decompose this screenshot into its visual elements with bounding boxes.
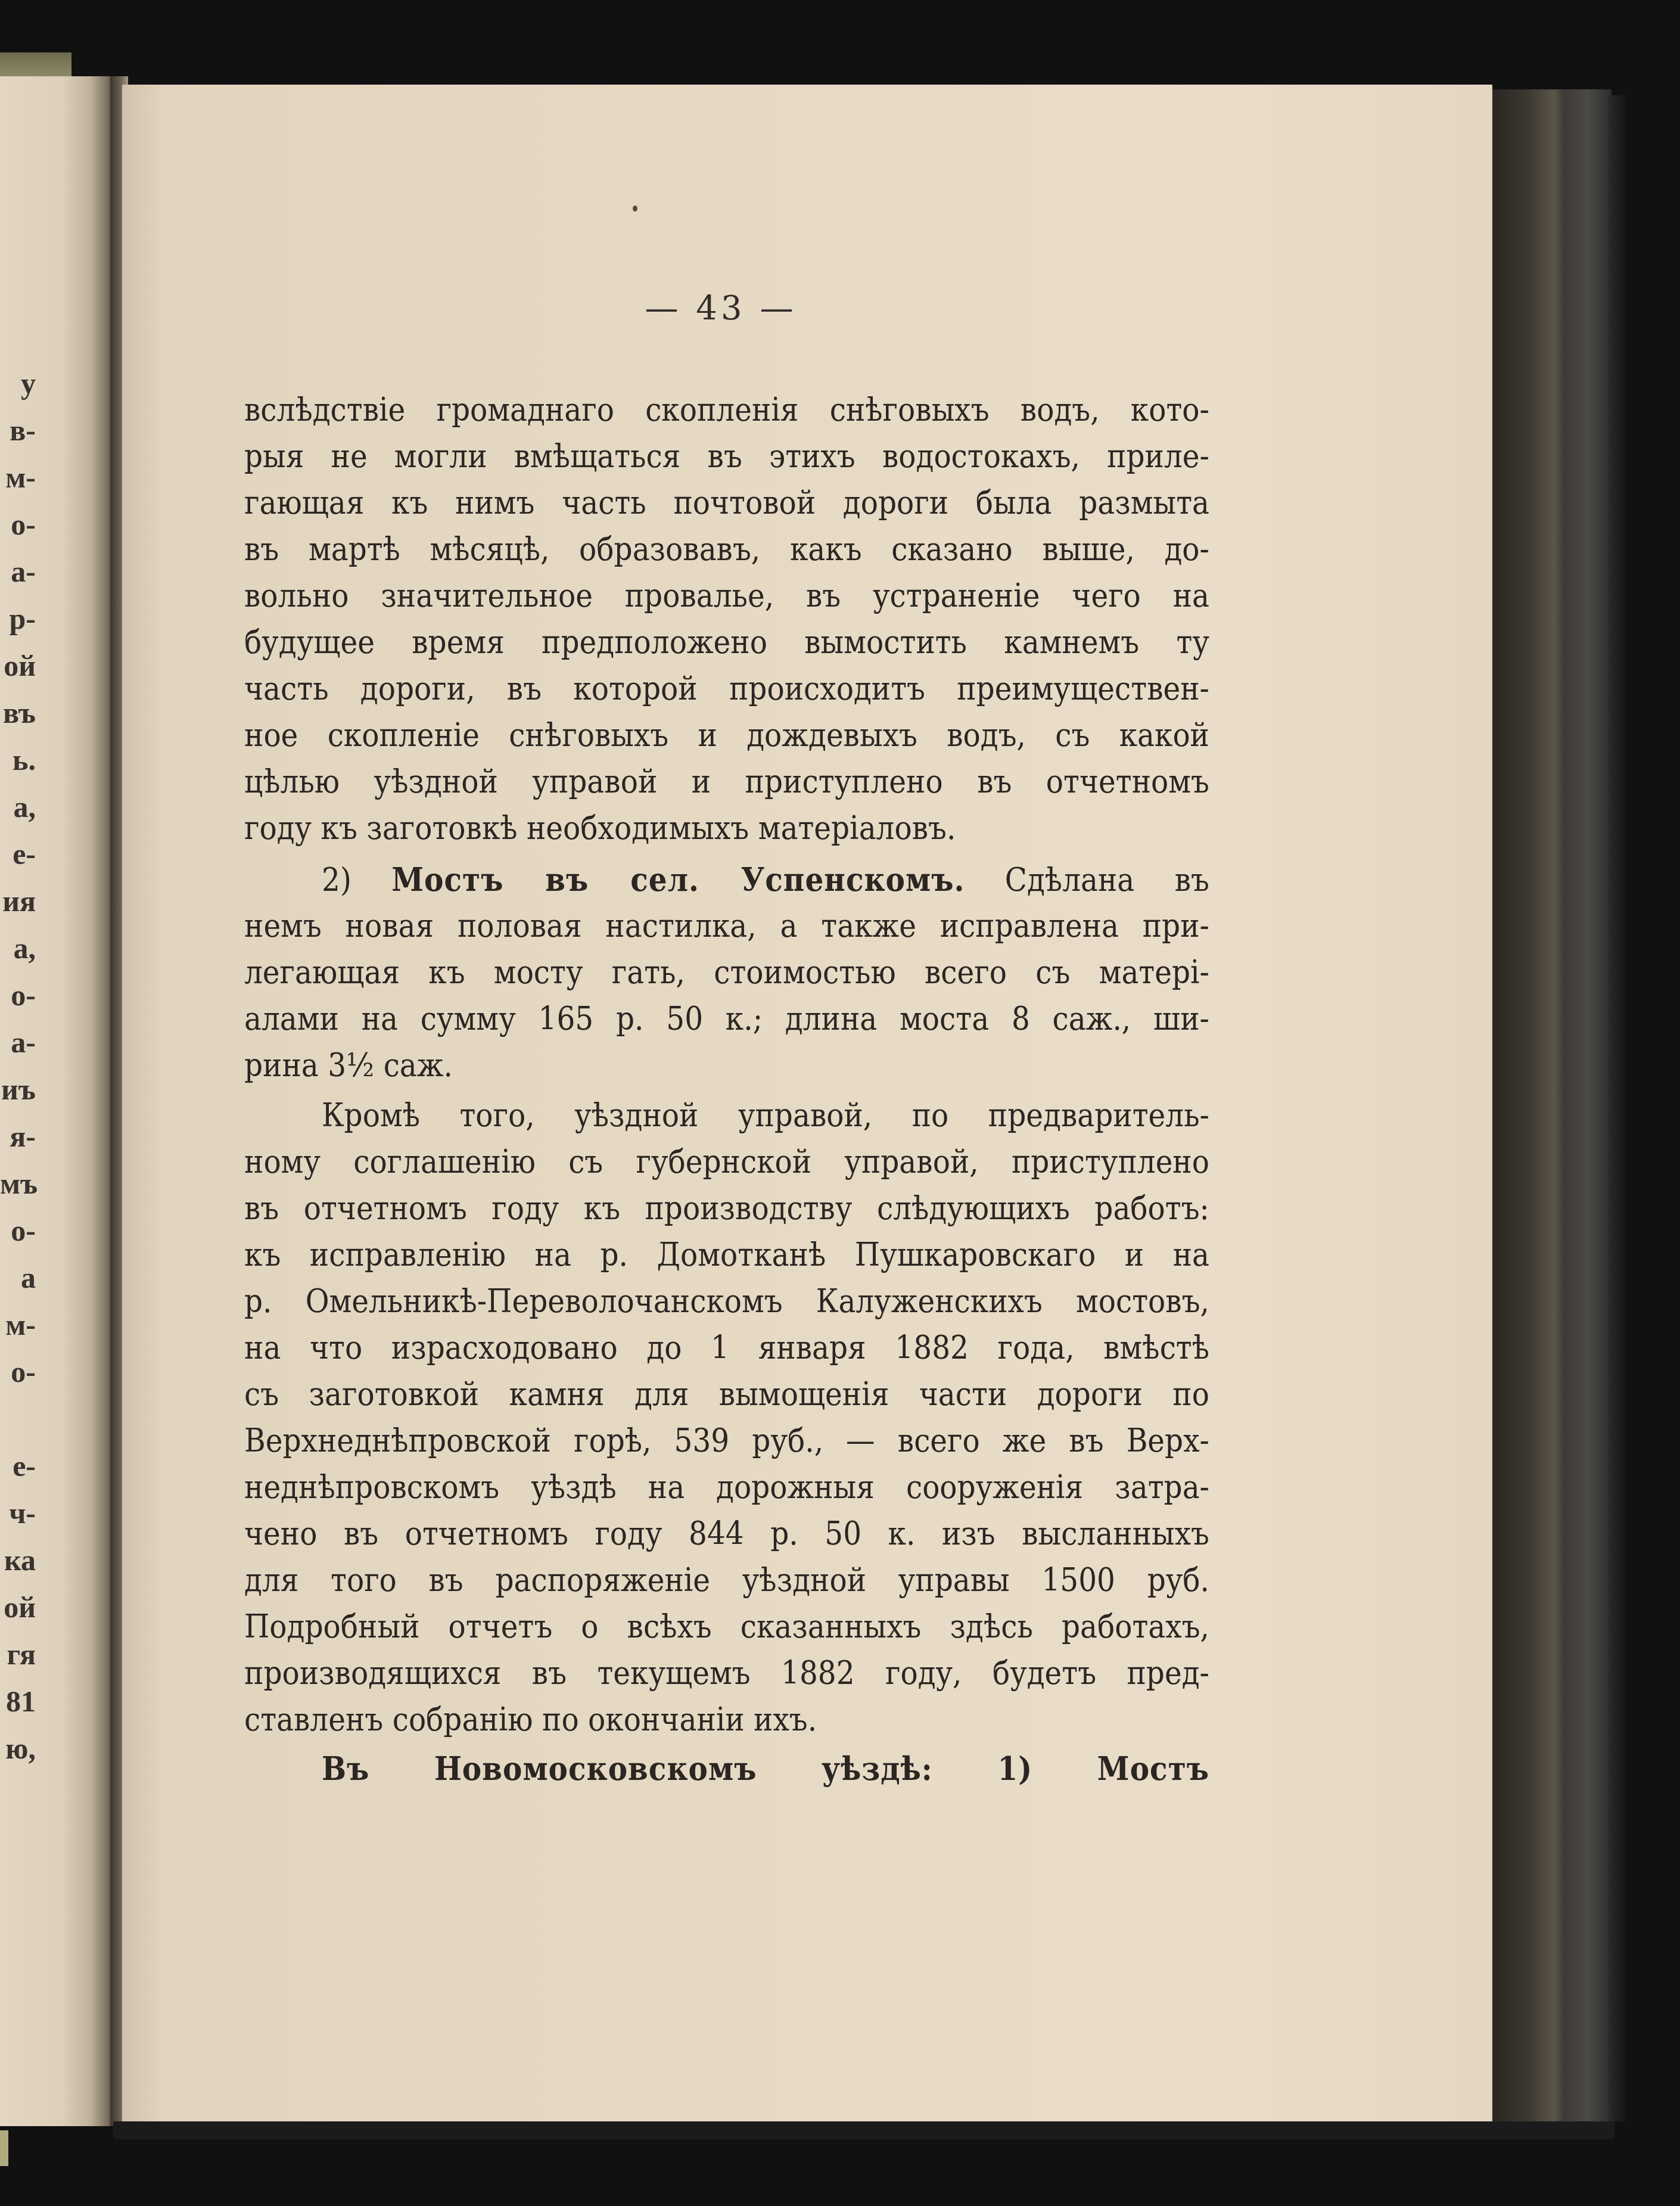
left-cover-edge-bottom [0, 2130, 8, 2166]
left-page-strip: ув-м-о-а-р-ойвъь.а,е-ияа,о-а-иъя-мъо-ам-… [0, 76, 113, 2126]
left-page-fragment: ой [0, 1592, 36, 1622]
left-page-fragment: а- [0, 1027, 36, 1057]
left-page-fragment: ь. [0, 745, 36, 775]
left-page-fragment: у [0, 368, 36, 398]
left-page-fragment: р- [0, 604, 36, 633]
page-number: — 43 — [643, 289, 798, 328]
text-line: производящихся въ текущемъ 1882 году, бу… [244, 1649, 1209, 1697]
left-page-fragment: а, [0, 933, 36, 963]
section-2-heading: Мостъ въ сел. Успенскомъ. [391, 860, 965, 899]
text-line: къ исправленію на р. Домотканѣ Пушкаровс… [244, 1231, 1209, 1279]
left-page-fragment: о- [0, 1216, 36, 1245]
left-page-fragment: ка [0, 1545, 36, 1575]
text-line: въ отчетномъ году къ производству слѣдую… [244, 1185, 1209, 1232]
left-page-fragment: е- [0, 1451, 36, 1481]
text-line: съ заготовкой камня для вымощенія части … [244, 1371, 1209, 1418]
left-page-fragment: въ [0, 698, 36, 728]
left-page-fragment: иъ [0, 1074, 36, 1104]
text-line: Кромѣ того, уѣздной управой, по предвари… [244, 1092, 1209, 1139]
left-page-fragment: 81 [0, 1686, 36, 1716]
book-edge-shadow [1609, 95, 1626, 2121]
left-page-fragment: ю, [0, 1733, 36, 1763]
left-page-fragment: ой [0, 651, 36, 681]
text-line: году къ заготовкѣ необходимыхъ матеріало… [244, 804, 1209, 852]
text-line: вольно значительное провалье, въ устране… [244, 572, 1209, 620]
text-line: ставленъ собранію по окончаніи ихъ. [244, 1696, 1209, 1744]
text-line: для того въ распоряженіе уѣздной управы … [244, 1556, 1209, 1604]
text-line: немъ новая половая настилка, а также исп… [244, 902, 1209, 950]
text-line: Верхнеднѣпровской горѣ, 539 руб., — всег… [244, 1417, 1209, 1465]
text-line: Подробный отчетъ о всѣхъ сказанныхъ здѣс… [244, 1603, 1209, 1651]
left-page-fragment: мъ [0, 1169, 36, 1198]
page-bottom-shadow [113, 2121, 1614, 2139]
left-page-fragment: о- [0, 1357, 36, 1387]
left-page-fragment: о- [0, 980, 36, 1010]
left-page-fragment: а [0, 1263, 36, 1292]
left-page-fragment: е- [0, 839, 36, 869]
text-line: гающая къ нимъ часть почтовой дороги был… [244, 479, 1209, 527]
section-2-number: 2) [322, 861, 351, 899]
text-line: р. Омельникѣ-Переволочанскомъ Калуженски… [244, 1278, 1209, 1325]
left-cover-edge-top [0, 52, 71, 79]
left-page-fragment: а, [0, 792, 36, 822]
book-block-edge [1492, 89, 1611, 2127]
left-page-fragment: ч- [0, 1498, 36, 1528]
text-line: часть дороги, въ которой происходитъ пре… [244, 665, 1209, 713]
text-line: въ мартѣ мѣсяцѣ, образовавъ, какъ сказан… [244, 526, 1209, 573]
left-page-fragment: а- [0, 557, 36, 586]
text-line: вслѣдствіе громаднаго скопленія снѣговых… [244, 386, 1209, 434]
paper-speck [633, 206, 637, 212]
district-heading: Въ Новомосковскомъ уѣздѣ: [322, 1750, 933, 1788]
left-page-fragment: в- [0, 415, 36, 445]
text-line: рыя не могли вмѣщаться въ этихъ водосток… [244, 433, 1209, 480]
section-2-first-line-text: Сдѣлана въ [1005, 861, 1209, 899]
text-line: на что израсходовано до 1 января 1882 го… [244, 1324, 1209, 1372]
section-2-first-line: 2) Мостъ въ сел. Успенскомъ. Сдѣлана въ [244, 856, 1209, 903]
left-page-fragment: м- [0, 1310, 36, 1340]
text-line: ное скопленіе снѣговыхъ и дождевыхъ водъ… [244, 711, 1209, 759]
left-page-fragment: гя [0, 1639, 36, 1669]
text-line: ному соглашенію съ губернской управой, п… [244, 1138, 1209, 1186]
district-heading-line: Въ Новомосковскомъ уѣздѣ: 1) Мостъ [244, 1745, 1209, 1792]
left-page-fragment: я- [0, 1121, 36, 1151]
text-line: неднѣпровскомъ уѣздѣ на дорожныя сооруже… [244, 1464, 1209, 1511]
left-page-fragment: м- [0, 462, 36, 492]
text-line: цѣлью уѣздной управой и приступлено въ о… [244, 758, 1209, 806]
text-line: будущее время предположено вымостить кам… [244, 619, 1209, 666]
left-page-fragment: о- [0, 509, 36, 539]
text-line: чено въ отчетномъ году 844 р. 50 к. изъ … [244, 1510, 1209, 1558]
text-line: легающая къ мосту гать, стоимостью всего… [244, 949, 1209, 996]
left-page-fragment: ия [0, 886, 36, 916]
text-line: рина 3½ саж. [244, 1042, 1209, 1089]
district-item-heading: 1) Мостъ [997, 1750, 1209, 1788]
text-line: алами на сумму 165 р. 50 к.; длина моста… [244, 995, 1209, 1043]
